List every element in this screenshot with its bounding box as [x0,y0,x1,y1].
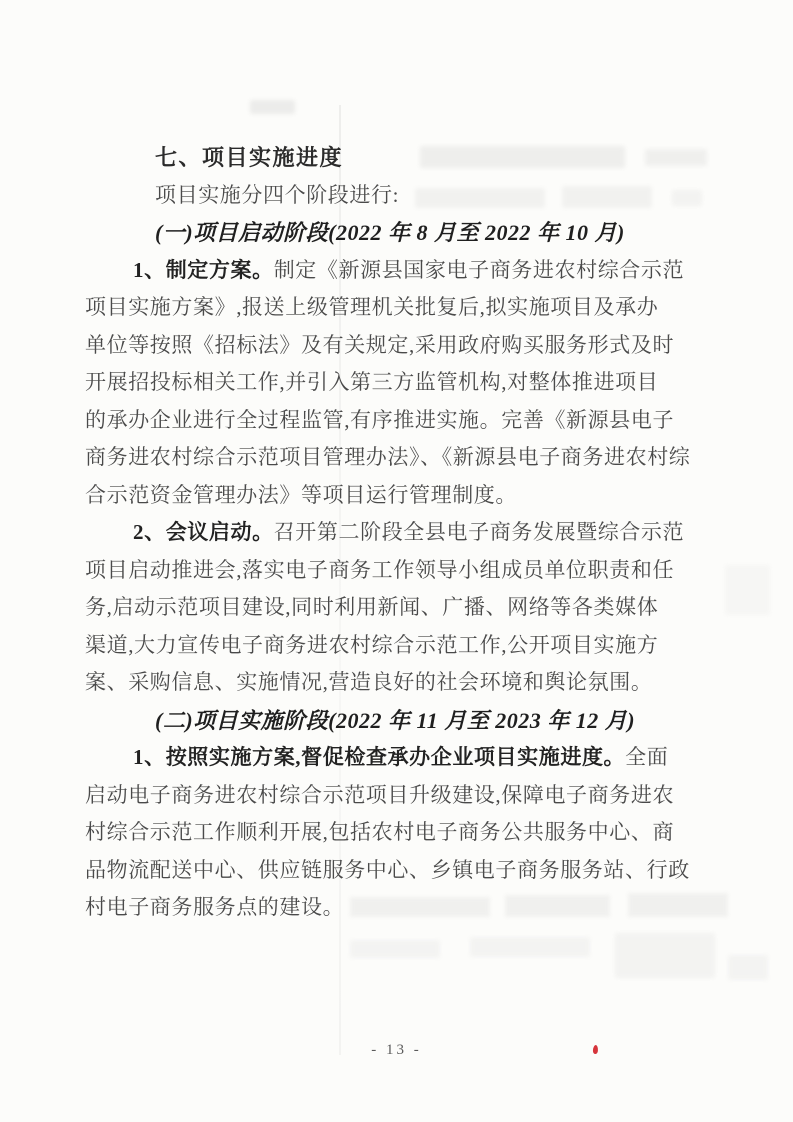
text-line-rest: 务,启动示范项目建设,同时利用新闻、广播、网络等各类媒体 [85,595,658,619]
text-line-lead: 七、项目实施进度 [155,145,343,170]
text-line: 的承办企业进行全过程监管,有序推进实施。完善《新源县电子 [85,402,713,440]
text-line-rest: 项目实施方案》,报送上级管理机关批复后,拟实施项目及承办 [85,295,658,319]
text-line-rest: 开展招投标相关工作,并引入第三方监管机构,对整体推进项目 [85,370,658,394]
page-footer: - 13 - [0,1041,793,1059]
text-line: 村综合示范工作顺利开展,包括农村电子商务公共服务中心、商 [85,814,713,852]
text-line: (二)项目实施阶段(2022 年 11 月至 2023 年 12 月) [85,702,713,740]
text-line-rest: 商务进农村综合示范项目管理办法》、《新源县电子商务进农村综 [85,445,690,469]
text-line-rest: 合示范资金管理办法》等项目运行管理制度。 [85,483,517,507]
bleed-through-mark [615,933,715,978]
text-line: 案、采购信息、实施情况,营造良好的社会环境和舆论氛围。 [85,664,713,702]
text-line: 七、项目实施进度 [85,139,713,177]
bleed-through-mark [728,955,768,980]
text-line-lead: (二)项目实施阶段(2022 年 11 月至 2023 年 12 月) [155,708,635,733]
text-line-rest: 全面 [625,745,668,769]
text-line-rest: 渠道,大力宣传电子商务进农村综合示范工作,公开项目实施方 [85,633,658,657]
text-line: 1、按照实施方案,督促检查承办企业项目实施进度。全面 [85,739,713,777]
document-page: 七、项目实施进度项目实施分四个阶段进行:(一)项目启动阶段(2022 年 8 月… [0,0,793,1122]
text-line: 合示范资金管理办法》等项目运行管理制度。 [85,477,713,515]
text-line-lead: (一)项目启动阶段(2022 年 8 月至 2022 年 10 月) [155,220,625,245]
text-line-rest: 召开第二阶段全县电子商务发展暨综合示范 [274,520,684,544]
text-line: 启动电子商务进农村综合示范项目升级建设,保障电子商务进农 [85,777,713,815]
bleed-through-mark [470,937,590,957]
bleed-through-mark [250,100,295,114]
text-line: 2、会议启动。召开第二阶段全县电子商务发展暨综合示范 [85,514,713,552]
text-line-rest: 品物流配送中心、供应链服务中心、乡镇电子商务服务站、行政 [85,858,690,882]
text-line: 项目实施分四个阶段进行: [85,177,713,215]
text-line-rest: 启动电子商务进农村综合示范项目升级建设,保障电子商务进农 [85,783,674,807]
text-line-rest: 单位等按照《招标法》及有关规定,采用政府购买服务形式及时 [85,333,674,357]
document-body: 七、项目实施进度项目实施分四个阶段进行:(一)项目启动阶段(2022 年 8 月… [85,139,713,927]
text-line-rest: 的承办企业进行全过程监管,有序推进实施。完善《新源县电子 [85,408,674,432]
bleed-through-mark [350,940,440,958]
text-line-lead: 1、按照实施方案,督促检查承办企业项目实施进度。 [133,745,625,769]
bleed-through-mark [725,565,770,615]
text-line: 项目实施方案》,报送上级管理机关批复后,拟实施项目及承办 [85,289,713,327]
text-line: 项目启动推进会,落实电子商务工作领导小组成员单位职责和任 [85,552,713,590]
text-line: 单位等按照《招标法》及有关规定,采用政府购买服务形式及时 [85,327,713,365]
text-line-rest: 村综合示范工作顺利开展,包括农村电子商务公共服务中心、商 [85,820,674,844]
text-line-rest: 制定《新源县国家电子商务进农村综合示范 [274,258,684,282]
text-line-rest: 项目启动推进会,落实电子商务工作领导小组成员单位职责和任 [85,558,674,582]
page-number: - 13 - [371,1042,422,1058]
text-line: 务,启动示范项目建设,同时利用新闻、广播、网络等各类媒体 [85,589,713,627]
text-line-lead: 2、会议启动。 [133,520,274,544]
text-line: (一)项目启动阶段(2022 年 8 月至 2022 年 10 月) [85,214,713,252]
text-line: 1、制定方案。制定《新源县国家电子商务进农村综合示范 [85,252,713,290]
text-line: 品物流配送中心、供应链服务中心、乡镇电子商务服务站、行政 [85,852,713,890]
text-line: 渠道,大力宣传电子商务进农村综合示范工作,公开项目实施方 [85,627,713,665]
text-line: 商务进农村综合示范项目管理办法》、《新源县电子商务进农村综 [85,439,713,477]
text-line-lead: 1、制定方案。 [133,258,274,282]
text-line-rest: 项目实施分四个阶段进行: [155,183,399,207]
text-line: 村电子商务服务点的建设。 [85,889,713,927]
text-line-rest: 案、采购信息、实施情况,营造良好的社会环境和舆论氛围。 [85,670,652,694]
text-line-rest: 村电子商务服务点的建设。 [85,895,344,919]
text-line: 开展招投标相关工作,并引入第三方监管机构,对整体推进项目 [85,364,713,402]
